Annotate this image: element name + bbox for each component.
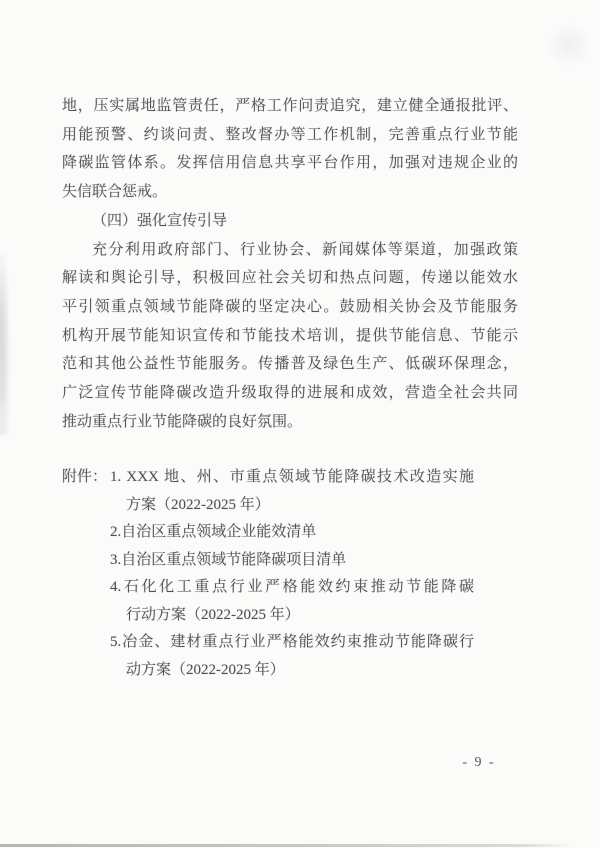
paragraph-2: 充分利用政府部门、行业协会、新闻媒体等渠道，加强政策 解读和舆论引导，积极回应社… bbox=[62, 236, 518, 437]
attachment-line: 动方案（2022-2025 年） bbox=[110, 657, 474, 685]
attachment-line: 行动方案（2022-2025 年） bbox=[110, 602, 474, 630]
text-line: 机构开展节能知识宣传和节能技术培训，提供节能信息、节能示 bbox=[62, 322, 518, 351]
text-line: 地，压实属地监管责任，严格工作问责追究，建立健全通报批评、 bbox=[62, 92, 518, 121]
attachment-line: 2.自治区重点领域企业能效清单 bbox=[110, 519, 474, 547]
text-line: 解读和舆论引导，积极回应社会关切和热点问题，传递以能效水 bbox=[62, 264, 518, 293]
attachment-line: 方案（2022-2025 年） bbox=[110, 492, 474, 520]
attachment-item: 1. XXX 地、州、市重点领域节能降碳技术改造实施 方案（2022-2025 … bbox=[110, 464, 474, 519]
text-line: 范和其他公益性节能服务。传播普及绿色生产、低碳环保理念， bbox=[62, 350, 518, 379]
scan-smudge-left bbox=[0, 255, 12, 435]
section-heading: （四）强化宣传引导 bbox=[62, 207, 518, 236]
page-number: - 9 - bbox=[441, 754, 517, 772]
attachment-line: 4.石化化工重点行业严格能效约束推动节能降碳 bbox=[110, 574, 474, 602]
text-line: 广泛宣传节能降碳改造升级取得的进展和成效，营造全社会共同 bbox=[62, 379, 518, 408]
attachment-item: 3.自治区重点领域节能降碳项目清单 bbox=[110, 547, 474, 575]
text-line: 充分利用政府部门、行业协会、新闻媒体等渠道，加强政策 bbox=[62, 236, 518, 265]
text-line: 失信联合惩戒。 bbox=[62, 178, 518, 207]
text-line: 推动重点行业节能降碳的良好氛围。 bbox=[62, 408, 518, 437]
attachment-item: 5.冶金、建材重点行业严格能效约束推动节能降碳行 动方案（2022-2025 年… bbox=[110, 629, 474, 684]
attachments-block: 附件： 1. XXX 地、州、市重点领域节能降碳技术改造实施 方案（2022-2… bbox=[62, 464, 518, 684]
scan-smudge-top-right bbox=[546, 22, 592, 68]
text-line: 降碳监管体系。发挥信用信息共享平台作用，加强对违规企业的 bbox=[62, 149, 518, 178]
text-line: 用能预警、约谈问责、整改督办等工作机制，完善重点行业节能 bbox=[62, 121, 518, 150]
attachment-line: 5.冶金、建材重点行业严格能效约束推动节能降碳行 bbox=[110, 629, 474, 657]
attachments-label: 附件： bbox=[62, 464, 110, 492]
scan-bottom-edge bbox=[0, 844, 576, 847]
document-page: 地，压实属地监管责任，严格工作问责追究，建立健全通报批评、 用能预警、约谈问责、… bbox=[0, 0, 600, 848]
attachment-item: 2.自治区重点领域企业能效清单 bbox=[110, 519, 474, 547]
attachment-item: 4.石化化工重点行业严格能效约束推动节能降碳 行动方案（2022-2025 年） bbox=[110, 574, 474, 629]
attachments-list: 1. XXX 地、州、市重点领域节能降碳技术改造实施 方案（2022-2025 … bbox=[110, 464, 474, 684]
text-line: 平引领重点领域节能降碳的坚定决心。鼓励相关协会及节能服务 bbox=[62, 293, 518, 322]
paragraph-1: 地，压实属地监管责任，严格工作问责追究，建立健全通报批评、 用能预警、约谈问责、… bbox=[62, 92, 518, 207]
body-text: 地，压实属地监管责任，严格工作问责追究，建立健全通报批评、 用能预警、约谈问责、… bbox=[62, 92, 518, 684]
attachment-line: 3.自治区重点领域节能降碳项目清单 bbox=[110, 547, 474, 575]
attachment-line: 1. XXX 地、州、市重点领域节能降碳技术改造实施 bbox=[110, 464, 474, 492]
